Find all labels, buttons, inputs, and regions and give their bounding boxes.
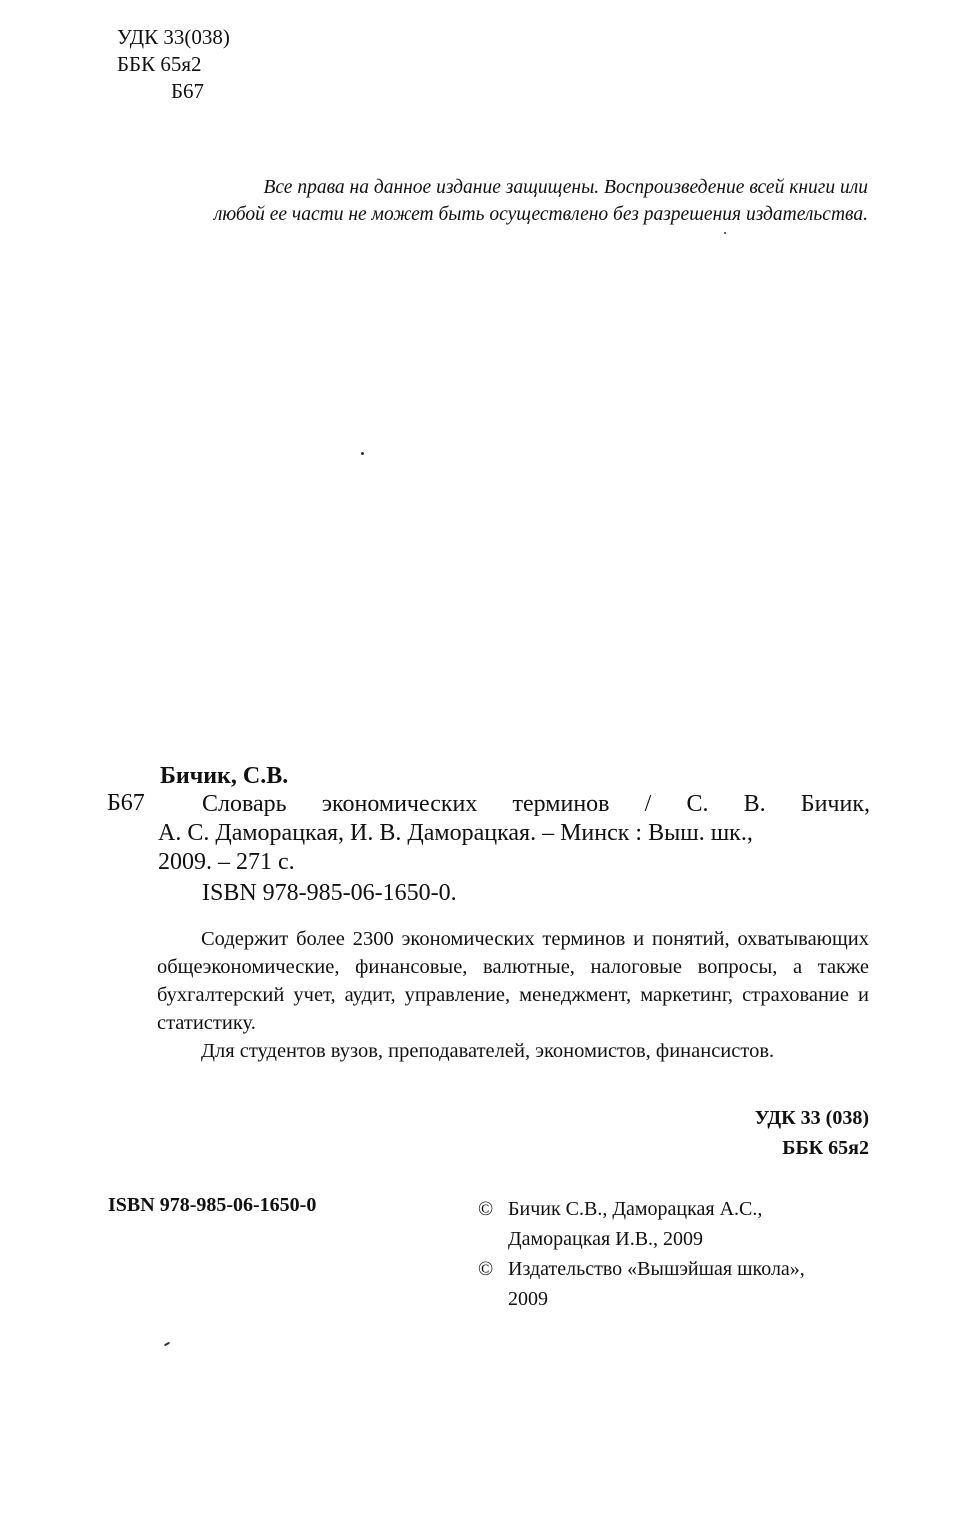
biblio-isbn: ISBN 978-985-06-1650-0.: [158, 879, 870, 908]
author-mark: Б67: [117, 78, 230, 105]
udk-code: УДК 33(038): [117, 24, 230, 51]
scan-speck: [164, 1342, 170, 1347]
biblio-line-1: Словарь экономических терминов / С. В. Б…: [158, 790, 870, 819]
rights-line-2: любой ее части не может быть осуществлен…: [116, 201, 868, 228]
bibliographic-description: Словарь экономических терминов / С. В. Б…: [158, 790, 870, 908]
copyright-icon: ©: [478, 1254, 508, 1284]
record-author-mark: Б67: [107, 790, 145, 817]
udk-code-right: УДК 33 (038): [755, 1103, 869, 1133]
copyright-block: © Бичик С.В., Даморацкая А.С., Даморацка…: [478, 1194, 805, 1314]
copyright-authors-line-1: Бичик С.В., Даморацкая А.С.,: [508, 1194, 762, 1224]
abstract-paragraph-1: Содержит более 2300 экономических термин…: [157, 925, 869, 1037]
copyright-authors-line-2: Даморацкая И.В., 2009: [478, 1224, 805, 1254]
bbk-code: ББК 65я2: [117, 51, 230, 78]
copyright-publisher-line-2: 2009: [478, 1284, 805, 1314]
rights-line-1: Все права на данное издание защищены. Во…: [116, 174, 868, 201]
classification-right: УДК 33 (038) ББК 65я2: [755, 1103, 869, 1163]
biblio-line-2: А. С. Даморацкая, И. В. Даморацкая. – Ми…: [158, 819, 870, 848]
biblio-line-3: 2009. – 271 с.: [158, 848, 870, 877]
copyright-icon: ©: [478, 1194, 508, 1224]
top-classification: УДК 33(038) ББК 65я2 Б67: [117, 24, 230, 105]
record-author: Бичик, С.В.: [160, 763, 288, 790]
abstract: Содержит более 2300 экономических термин…: [157, 925, 869, 1065]
copyright-publisher-line-1: Издательство «Вышэйшая школа»,: [508, 1254, 805, 1284]
abstract-paragraph-2: Для студентов вузов, преподавателей, эко…: [157, 1037, 869, 1065]
scan-speck: [361, 452, 364, 455]
rights-notice: Все права на данное издание защищены. Во…: [116, 174, 868, 228]
isbn-bottom: ISBN 978-985-06-1650-0: [108, 1194, 316, 1217]
scan-speck: [724, 232, 726, 234]
bbk-code-right: ББК 65я2: [755, 1133, 869, 1163]
